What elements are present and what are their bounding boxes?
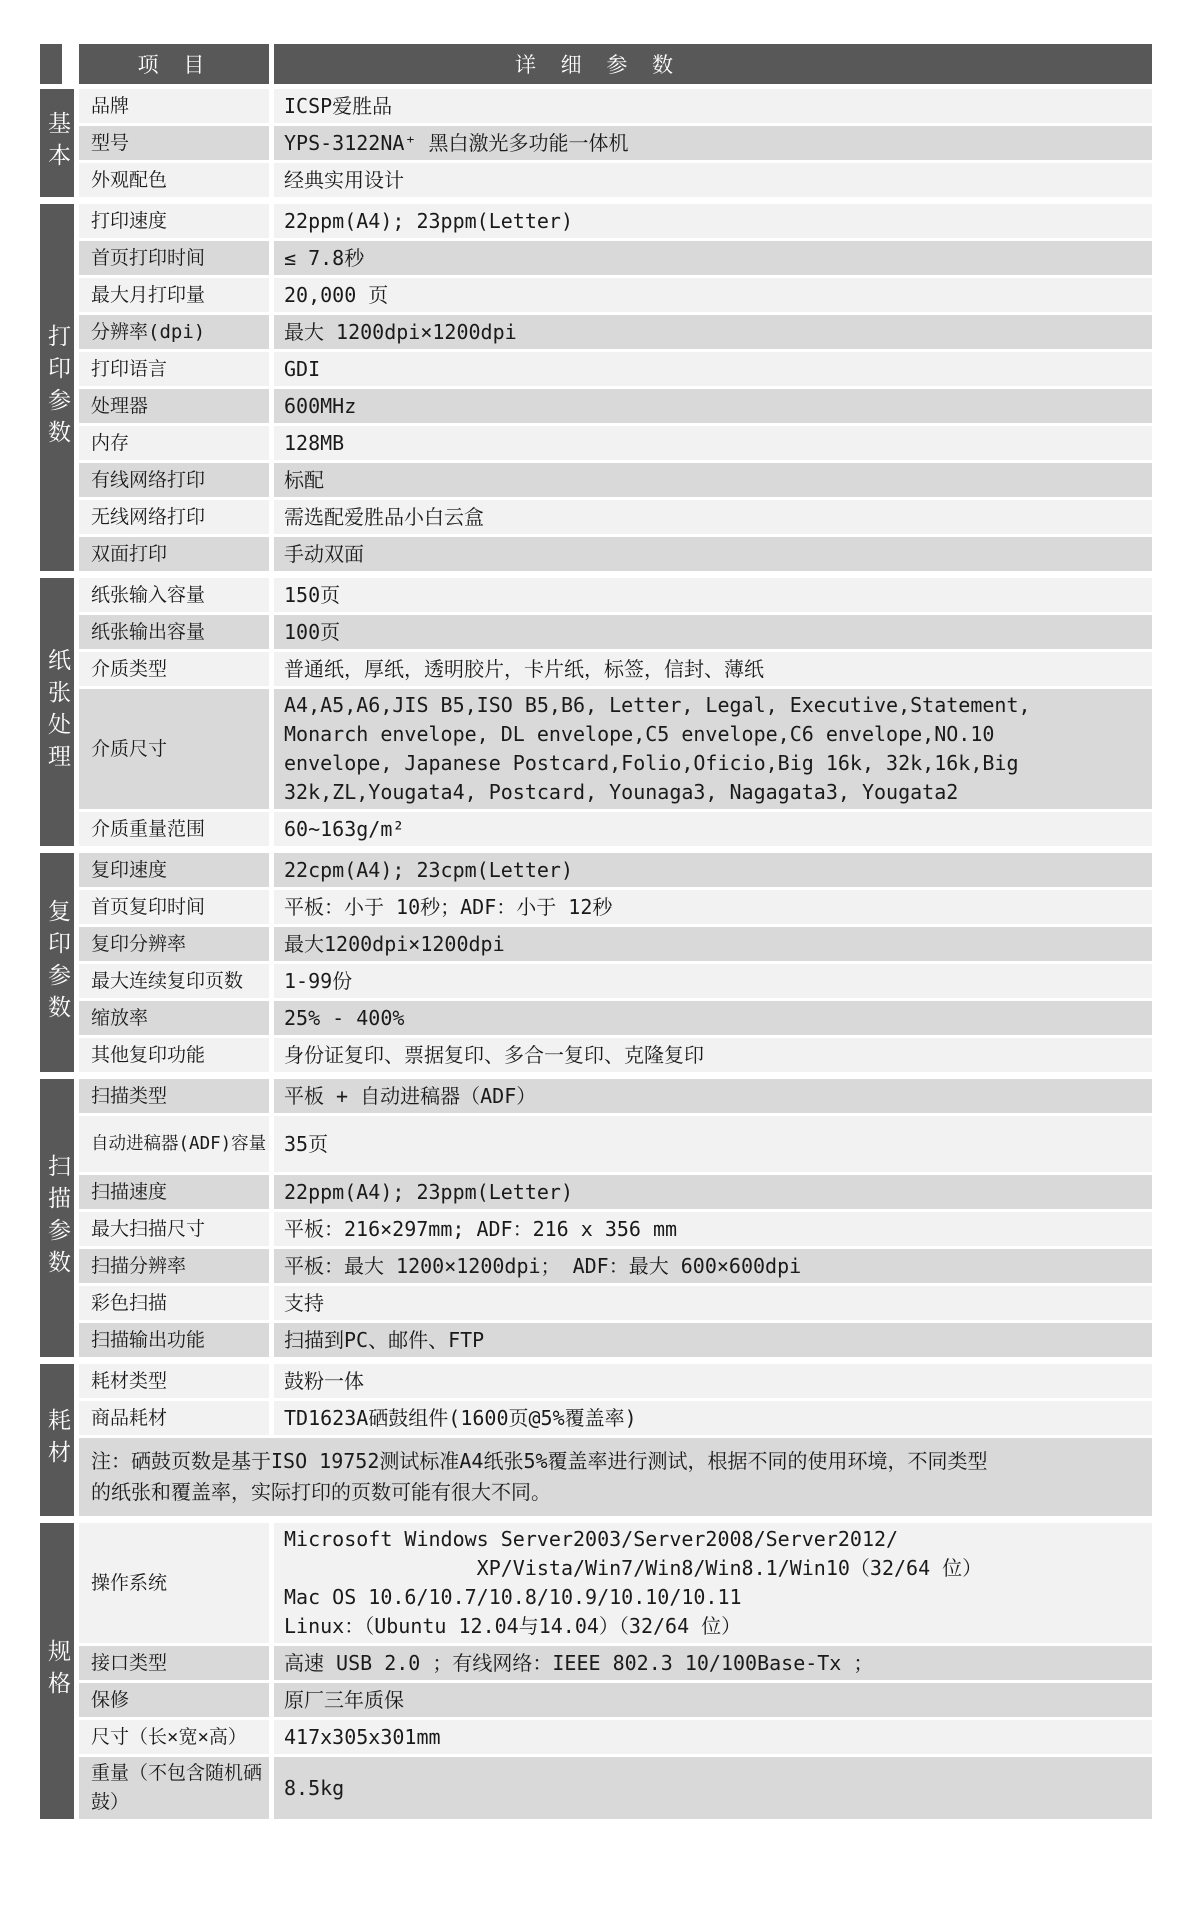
section-label-text: 基本 bbox=[40, 111, 74, 175]
table-header-row: 项 目 详 细 参 数 bbox=[40, 44, 1152, 84]
section-scan-params: 扫描参数扫描类型平板 + 自动进稿器（ADF）自动进稿器(ADF)容量35页扫描… bbox=[40, 1079, 1152, 1357]
value-cell: 平板：216×297mm; ADF：216 x 356 mm bbox=[274, 1212, 1152, 1246]
table-row: 内存128MB bbox=[79, 426, 1152, 460]
table-row: 扫描分辨率平板：最大 1200×1200dpi； ADF：最大 600×600d… bbox=[79, 1249, 1152, 1283]
table-row: 接口类型高速 USB 2.0 ；有线网络：IEEE 802.3 10/100Ba… bbox=[79, 1646, 1152, 1680]
table-row: 品牌ICSP爱胜品 bbox=[79, 89, 1152, 123]
value-cell: A4,A5,A6,JIS B5,ISO B5,B6, Letter, Legal… bbox=[274, 689, 1152, 809]
value-cell: 1-99份 bbox=[274, 964, 1152, 998]
value-cell: 原厂三年质保 bbox=[274, 1683, 1152, 1717]
item-cell: 最大连续复印页数 bbox=[79, 964, 269, 998]
value-cell: 身份证复印、票据复印、多合一复印、克隆复印 bbox=[274, 1038, 1152, 1072]
value-cell: 22ppm(A4); 23ppm(Letter) bbox=[274, 1175, 1152, 1209]
value-cell: 600MHz bbox=[274, 389, 1152, 423]
section-specs: 规格操作系统Microsoft Windows Server2003/Serve… bbox=[40, 1523, 1152, 1819]
table-row: 最大扫描尺寸平板：216×297mm; ADF：216 x 356 mm bbox=[79, 1212, 1152, 1246]
item-cell: 型号 bbox=[79, 126, 269, 160]
table-row: 打印语言GDI bbox=[79, 352, 1152, 386]
item-cell: 接口类型 bbox=[79, 1646, 269, 1680]
item-cell: 复印速度 bbox=[79, 853, 269, 887]
section-label-text: 扫描参数 bbox=[40, 1154, 74, 1282]
value-cell: ICSP爱胜品 bbox=[274, 89, 1152, 123]
section-label-paper-handling: 纸张处理 bbox=[40, 578, 74, 846]
value-cell: ≤ 7.8秒 bbox=[274, 241, 1152, 275]
item-cell: 首页打印时间 bbox=[79, 241, 269, 275]
section-label-text: 打印参数 bbox=[40, 324, 74, 452]
section-rows-print-params: 打印速度22ppm(A4); 23ppm(Letter)首页打印时间≤ 7.8秒… bbox=[79, 204, 1152, 571]
table-row: 纸张输入容量150页 bbox=[79, 578, 1152, 612]
table-row: 纸张输出容量100页 bbox=[79, 615, 1152, 649]
item-cell: 扫描类型 bbox=[79, 1079, 269, 1113]
item-cell: 首页复印时间 bbox=[79, 890, 269, 924]
section-supplies: 耗材耗材类型鼓粉一体商品耗材TD1623A硒鼓组件(1600页@5%覆盖率)注：… bbox=[40, 1364, 1152, 1516]
table-row: 最大月打印量20,000 页 bbox=[79, 278, 1152, 312]
value-cell: 20,000 页 bbox=[274, 278, 1152, 312]
item-cell: 耗材类型 bbox=[79, 1364, 269, 1398]
item-cell: 尺寸（长×宽×高） bbox=[79, 1720, 269, 1754]
value-cell: 60~163g/m² bbox=[274, 812, 1152, 846]
value-cell: 平板 + 自动进稿器（ADF） bbox=[274, 1079, 1152, 1113]
section-rows-specs: 操作系统Microsoft Windows Server2003/Server2… bbox=[79, 1523, 1152, 1819]
table-row: 保修原厂三年质保 bbox=[79, 1683, 1152, 1717]
table-row: 介质尺寸A4,A5,A6,JIS B5,ISO B5,B6, Letter, L… bbox=[79, 689, 1152, 809]
table-row: 复印速度22cpm(A4); 23cpm(Letter) bbox=[79, 853, 1152, 887]
section-label-text: 复印参数 bbox=[40, 899, 74, 1027]
value-cell: TD1623A硒鼓组件(1600页@5%覆盖率) bbox=[274, 1401, 1152, 1435]
item-cell: 操作系统 bbox=[79, 1523, 269, 1643]
item-cell: 打印速度 bbox=[79, 204, 269, 238]
table-row: 无线网络打印需选配爱胜品小白云盒 bbox=[79, 500, 1152, 534]
table-row: 彩色扫描支持 bbox=[79, 1286, 1152, 1320]
item-cell: 双面打印 bbox=[79, 537, 269, 571]
value-cell: 128MB bbox=[274, 426, 1152, 460]
item-cell: 内存 bbox=[79, 426, 269, 460]
value-cell: GDI bbox=[274, 352, 1152, 386]
table-row: 操作系统Microsoft Windows Server2003/Server2… bbox=[79, 1523, 1152, 1643]
table-row: 耗材类型鼓粉一体 bbox=[79, 1364, 1152, 1398]
value-cell: 150页 bbox=[274, 578, 1152, 612]
table-row: 重量（不包含随机硒鼓）8.5kg bbox=[79, 1757, 1152, 1819]
table-row: 商品耗材TD1623A硒鼓组件(1600页@5%覆盖率) bbox=[79, 1401, 1152, 1435]
section-label-text: 规格 bbox=[40, 1639, 74, 1703]
table-row: 处理器600MHz bbox=[79, 389, 1152, 423]
value-cell: 鼓粉一体 bbox=[274, 1364, 1152, 1398]
table-row: 扫描类型平板 + 自动进稿器（ADF） bbox=[79, 1079, 1152, 1113]
value-cell: 平板：最大 1200×1200dpi； ADF：最大 600×600dpi bbox=[274, 1249, 1152, 1283]
table-row: 分辨率(dpi)最大 1200dpi×1200dpi bbox=[79, 315, 1152, 349]
value-cell: 22cpm(A4); 23cpm(Letter) bbox=[274, 853, 1152, 887]
item-cell: 最大月打印量 bbox=[79, 278, 269, 312]
value-cell: 8.5kg bbox=[274, 1757, 1152, 1819]
item-cell: 品牌 bbox=[79, 89, 269, 123]
value-cell: 支持 bbox=[274, 1286, 1152, 1320]
value-cell: 平板：小于 10秒；ADF：小于 12秒 bbox=[274, 890, 1152, 924]
value-cell: 22ppm(A4); 23ppm(Letter) bbox=[274, 204, 1152, 238]
section-label-text: 纸张处理 bbox=[40, 648, 74, 776]
section-copy-params: 复印参数复印速度22cpm(A4); 23cpm(Letter)首页复印时间平板… bbox=[40, 853, 1152, 1072]
section-paper-handling: 纸张处理纸张输入容量150页纸张输出容量100页介质类型普通纸，厚纸，透明胶片，… bbox=[40, 578, 1152, 846]
item-cell: 其他复印功能 bbox=[79, 1038, 269, 1072]
header-corner-spacer bbox=[40, 44, 62, 84]
table-row: 复印分辨率最大1200dpi×1200dpi bbox=[79, 927, 1152, 961]
section-label-specs: 规格 bbox=[40, 1523, 74, 1819]
column-header-value: 详 细 参 数 bbox=[274, 44, 1152, 84]
spec-table: 项 目 详 细 参 数 基本品牌ICSP爱胜品型号YPS-3122NA⁺ 黑白激… bbox=[40, 44, 1152, 1826]
item-cell: 重量（不包含随机硒鼓） bbox=[79, 1757, 269, 1819]
item-cell: 复印分辨率 bbox=[79, 927, 269, 961]
table-row: 自动进稿器(ADF)容量35页 bbox=[79, 1116, 1152, 1172]
value-cell: 417x305x301mm bbox=[274, 1720, 1152, 1754]
table-row: 首页复印时间平板：小于 10秒；ADF：小于 12秒 bbox=[79, 890, 1152, 924]
section-label-text: 耗材 bbox=[40, 1408, 74, 1472]
table-row: 双面打印手动双面 bbox=[79, 537, 1152, 571]
section-rows-scan-params: 扫描类型平板 + 自动进稿器（ADF）自动进稿器(ADF)容量35页扫描速度22… bbox=[79, 1079, 1152, 1357]
section-print-params: 打印参数打印速度22ppm(A4); 23ppm(Letter)首页打印时间≤ … bbox=[40, 204, 1152, 571]
value-cell: 手动双面 bbox=[274, 537, 1152, 571]
table-row: 其他复印功能身份证复印、票据复印、多合一复印、克隆复印 bbox=[79, 1038, 1152, 1072]
item-cell: 无线网络打印 bbox=[79, 500, 269, 534]
column-header-item: 项 目 bbox=[79, 44, 269, 84]
table-row: 打印速度22ppm(A4); 23ppm(Letter) bbox=[79, 204, 1152, 238]
item-cell: 有线网络打印 bbox=[79, 463, 269, 497]
note-cell: 注：硒鼓页数是基于ISO 19752测试标准A4纸张5%覆盖率进行测试，根据不同… bbox=[79, 1438, 1152, 1516]
item-cell: 保修 bbox=[79, 1683, 269, 1717]
value-cell: 需选配爱胜品小白云盒 bbox=[274, 500, 1152, 534]
item-cell: 缩放率 bbox=[79, 1001, 269, 1035]
item-cell: 最大扫描尺寸 bbox=[79, 1212, 269, 1246]
table-row: 尺寸（长×宽×高）417x305x301mm bbox=[79, 1720, 1152, 1754]
item-cell: 分辨率(dpi) bbox=[79, 315, 269, 349]
section-rows-basic: 品牌ICSP爱胜品型号YPS-3122NA⁺ 黑白激光多功能一体机外观配色经典实… bbox=[79, 89, 1152, 197]
value-cell: 高速 USB 2.0 ；有线网络：IEEE 802.3 10/100Base-T… bbox=[274, 1646, 1152, 1680]
item-cell: 自动进稿器(ADF)容量 bbox=[79, 1116, 269, 1172]
value-cell: 经典实用设计 bbox=[274, 163, 1152, 197]
table-row: 扫描输出功能扫描到PC、邮件、FTP bbox=[79, 1323, 1152, 1357]
item-cell: 扫描输出功能 bbox=[79, 1323, 269, 1357]
section-basic: 基本品牌ICSP爱胜品型号YPS-3122NA⁺ 黑白激光多功能一体机外观配色经… bbox=[40, 89, 1152, 197]
item-cell: 外观配色 bbox=[79, 163, 269, 197]
value-cell: 100页 bbox=[274, 615, 1152, 649]
item-cell: 介质尺寸 bbox=[79, 689, 269, 809]
section-rows-copy-params: 复印速度22cpm(A4); 23cpm(Letter)首页复印时间平板：小于 … bbox=[79, 853, 1152, 1072]
item-cell: 纸张输入容量 bbox=[79, 578, 269, 612]
item-cell: 扫描速度 bbox=[79, 1175, 269, 1209]
table-row: 扫描速度22ppm(A4); 23ppm(Letter) bbox=[79, 1175, 1152, 1209]
item-cell: 处理器 bbox=[79, 389, 269, 423]
table-row: 外观配色经典实用设计 bbox=[79, 163, 1152, 197]
section-rows-paper-handling: 纸张输入容量150页纸张输出容量100页介质类型普通纸，厚纸，透明胶片，卡片纸，… bbox=[79, 578, 1152, 846]
item-cell: 介质类型 bbox=[79, 652, 269, 686]
section-rows-supplies: 耗材类型鼓粉一体商品耗材TD1623A硒鼓组件(1600页@5%覆盖率)注：硒鼓… bbox=[79, 1364, 1152, 1516]
value-cell: 普通纸，厚纸，透明胶片，卡片纸，标签，信封、薄纸 bbox=[274, 652, 1152, 686]
value-cell: 最大 1200dpi×1200dpi bbox=[274, 315, 1152, 349]
item-cell: 介质重量范围 bbox=[79, 812, 269, 846]
table-row: 缩放率25% - 400% bbox=[79, 1001, 1152, 1035]
header-corner-gap bbox=[62, 44, 79, 84]
section-label-copy-params: 复印参数 bbox=[40, 853, 74, 1072]
table-body: 基本品牌ICSP爱胜品型号YPS-3122NA⁺ 黑白激光多功能一体机外观配色经… bbox=[40, 89, 1152, 1819]
value-cell: Microsoft Windows Server2003/Server2008/… bbox=[274, 1523, 1152, 1643]
value-cell: 扫描到PC、邮件、FTP bbox=[274, 1323, 1152, 1357]
value-cell: 35页 bbox=[274, 1116, 1152, 1172]
section-label-scan-params: 扫描参数 bbox=[40, 1079, 74, 1357]
table-row: 最大连续复印页数1-99份 bbox=[79, 964, 1152, 998]
section-label-basic: 基本 bbox=[40, 89, 74, 197]
section-label-print-params: 打印参数 bbox=[40, 204, 74, 571]
table-row: 介质类型普通纸，厚纸，透明胶片，卡片纸，标签，信封、薄纸 bbox=[79, 652, 1152, 686]
item-cell: 彩色扫描 bbox=[79, 1286, 269, 1320]
table-row: 有线网络打印标配 bbox=[79, 463, 1152, 497]
value-cell: 25% - 400% bbox=[274, 1001, 1152, 1035]
item-cell: 打印语言 bbox=[79, 352, 269, 386]
table-row: 注：硒鼓页数是基于ISO 19752测试标准A4纸张5%覆盖率进行测试，根据不同… bbox=[79, 1438, 1152, 1516]
item-cell: 扫描分辨率 bbox=[79, 1249, 269, 1283]
table-row: 介质重量范围60~163g/m² bbox=[79, 812, 1152, 846]
section-label-supplies: 耗材 bbox=[40, 1364, 74, 1516]
item-cell: 纸张输出容量 bbox=[79, 615, 269, 649]
value-cell: YPS-3122NA⁺ 黑白激光多功能一体机 bbox=[274, 126, 1152, 160]
item-cell: 商品耗材 bbox=[79, 1401, 269, 1435]
value-cell: 最大1200dpi×1200dpi bbox=[274, 927, 1152, 961]
table-row: 型号YPS-3122NA⁺ 黑白激光多功能一体机 bbox=[79, 126, 1152, 160]
table-row: 首页打印时间≤ 7.8秒 bbox=[79, 241, 1152, 275]
value-cell: 标配 bbox=[274, 463, 1152, 497]
